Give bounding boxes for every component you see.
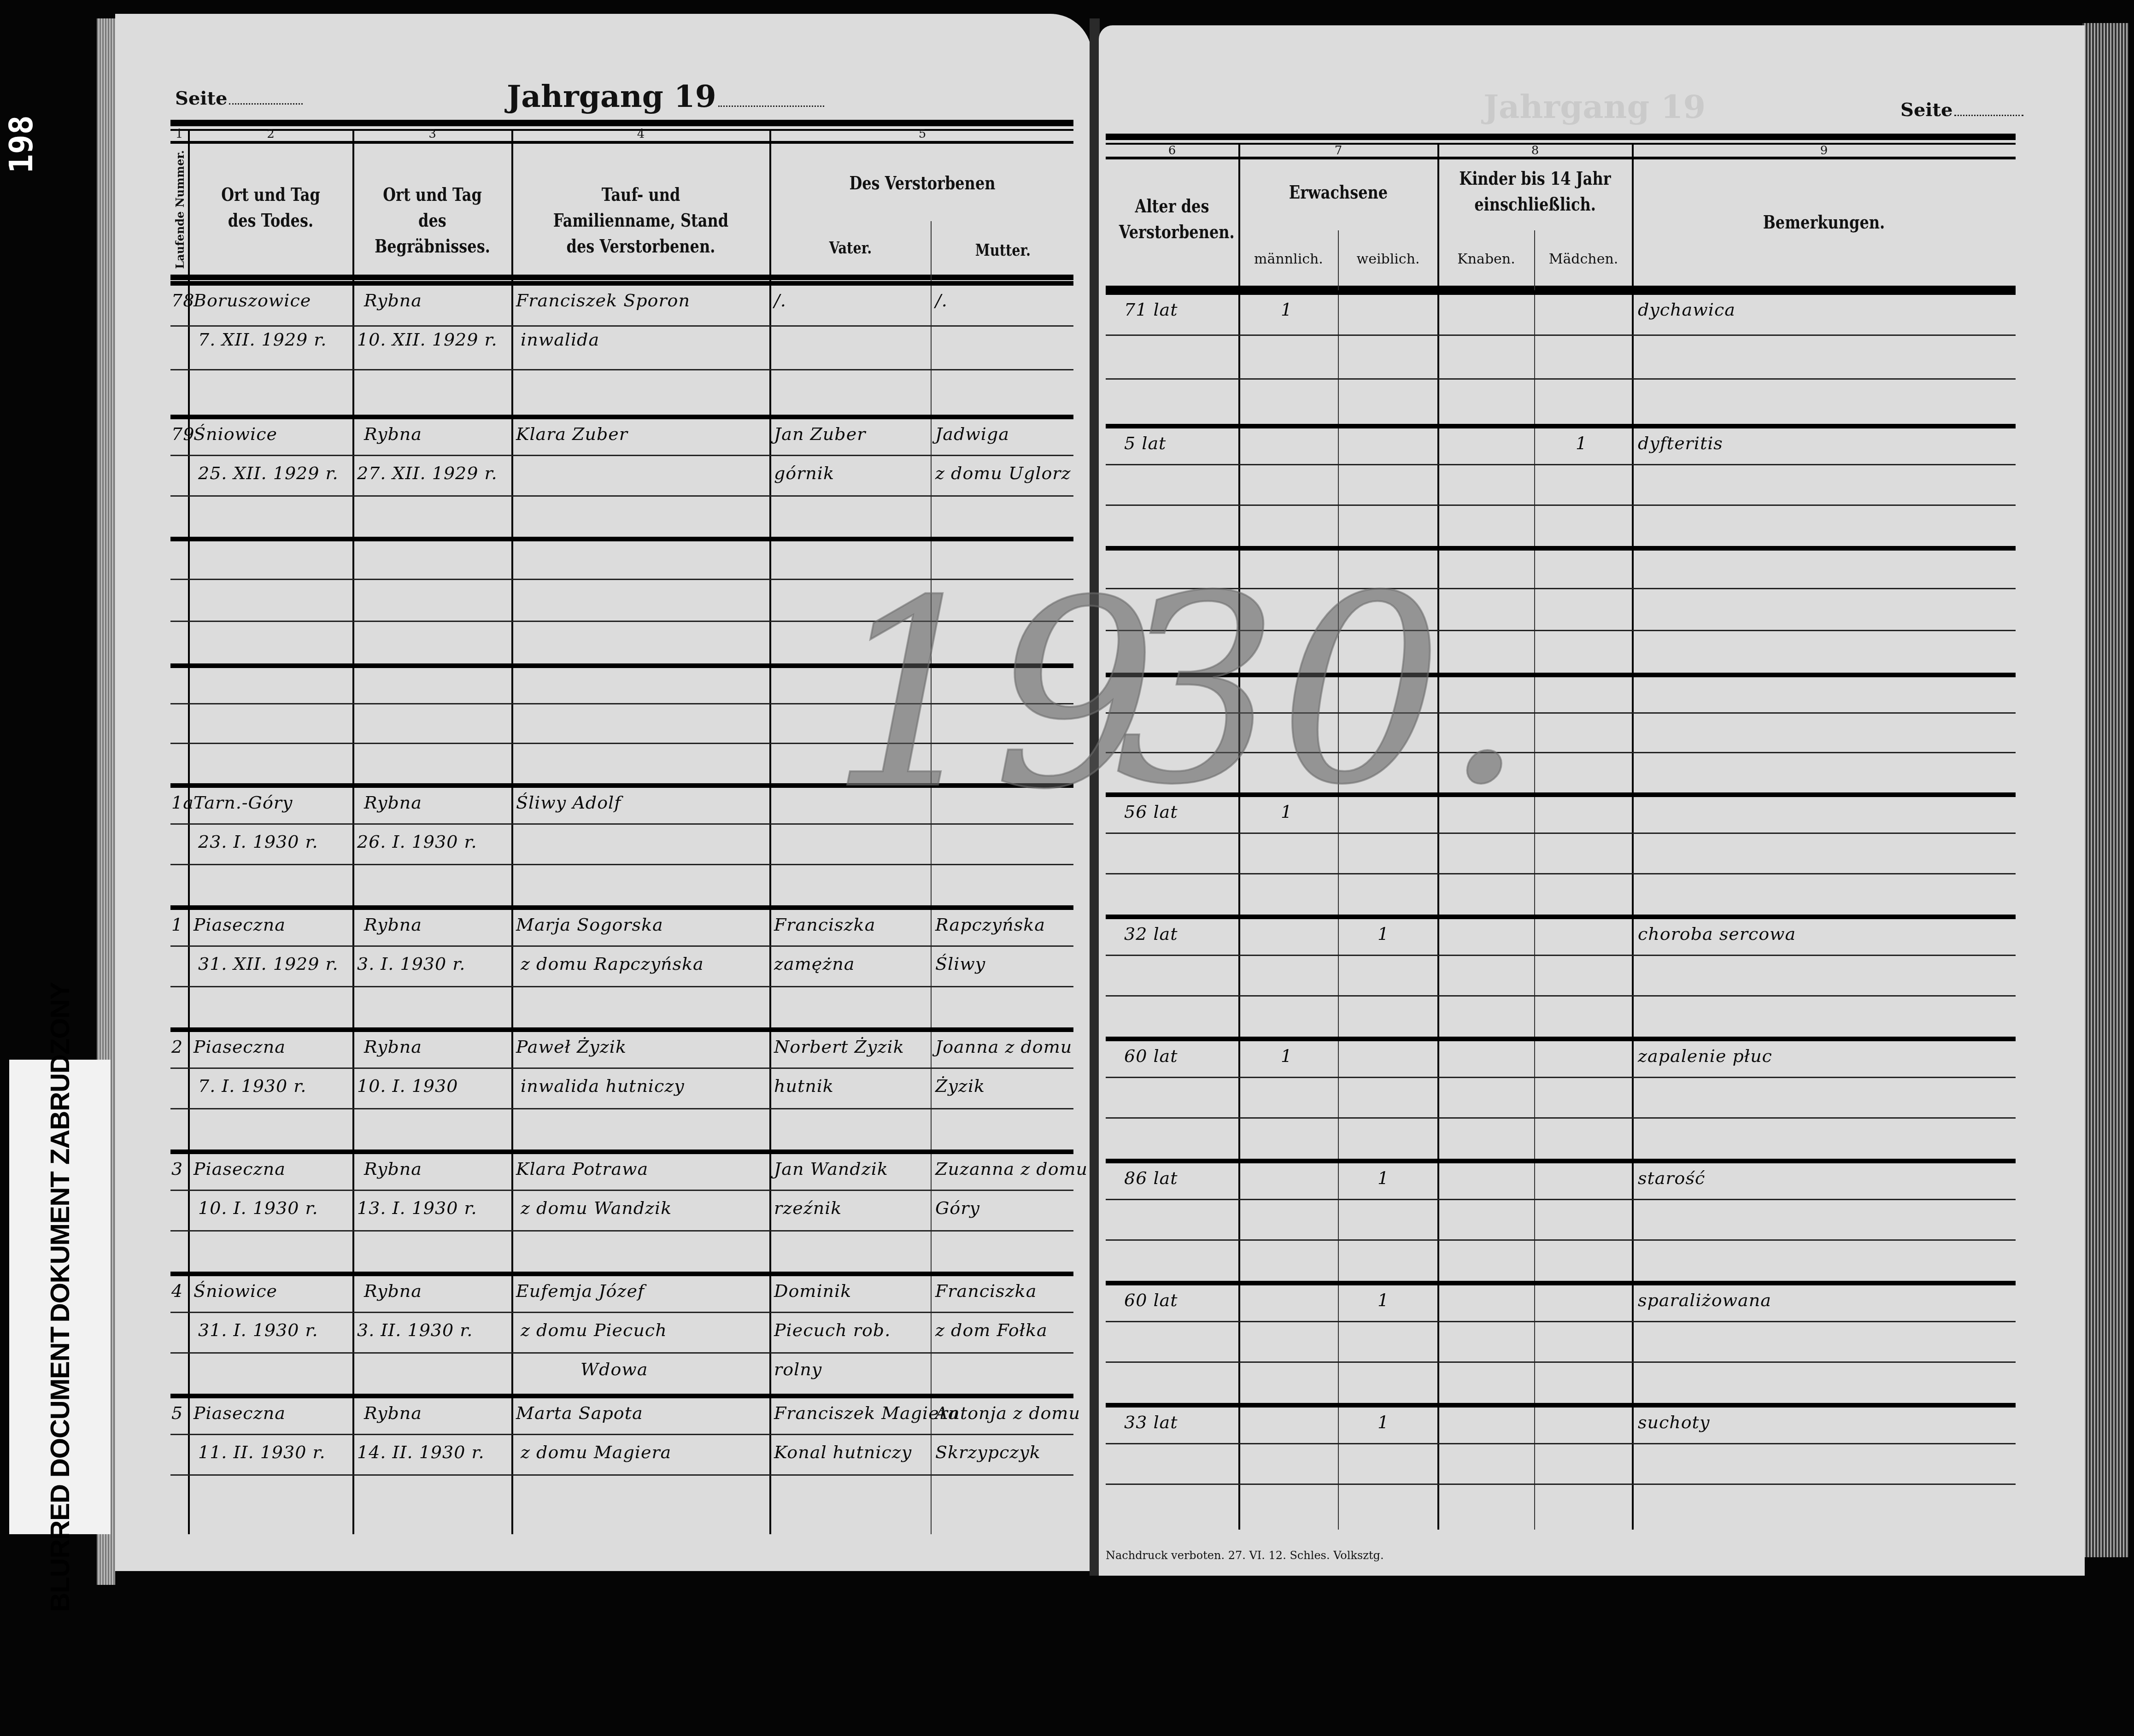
mother-line: Żyzik — [935, 1076, 985, 1096]
colnum-8: 8 — [1438, 144, 1632, 158]
header-ort-tag-begraebnisses: Ort und Tag des Begräbnisses. — [369, 182, 495, 259]
girls-count: 1 — [1576, 433, 1587, 453]
burial-date: 27. XII. 1929 r. — [357, 463, 498, 483]
pencil-year-30: 30. — [1115, 562, 1525, 820]
row-guideline — [1106, 378, 2016, 380]
adult-female-count: 1 — [1378, 924, 1389, 944]
page-title: Jahrgang 19 — [507, 78, 824, 114]
row-guideline — [170, 1108, 1073, 1109]
row-separator — [170, 1027, 1073, 1032]
row-guideline — [1106, 1199, 2016, 1200]
mother-line: z dom Fołka — [935, 1320, 1048, 1340]
row-guideline — [1106, 1484, 2016, 1485]
row-guideline — [1106, 1361, 2016, 1363]
adult-female-count: 1 — [1378, 1168, 1389, 1188]
header-des-verstorbenen: Des Verstorbenen — [801, 170, 1044, 196]
mother-line: z domu Uglorz — [935, 463, 1071, 483]
entry-number: 5 — [171, 1403, 183, 1423]
mother-line: Śliwy — [935, 954, 985, 974]
mother-line: Rapczyńska — [935, 915, 1045, 935]
mother-line: Jadwiga — [935, 424, 1009, 444]
row-guideline — [1106, 1239, 2016, 1241]
cause-of-death: dyfteritis — [1638, 433, 1723, 453]
row-guideline — [170, 1230, 1073, 1232]
death-date: 23. I. 1930 r. — [198, 832, 318, 852]
cause-of-death: starość — [1638, 1168, 1705, 1188]
father-line: hutnik — [774, 1076, 834, 1096]
col-divider-1 — [188, 129, 190, 1534]
row-separator — [170, 537, 1073, 541]
deceased-name: Klara Zuber — [516, 424, 628, 444]
header-ort-tag-todes: Ort und Tag des Todes. — [205, 182, 336, 234]
row-separator — [1106, 290, 2016, 295]
row-guideline — [1106, 873, 2016, 874]
father-line: Jan Zuber — [774, 424, 866, 444]
frame-number: 198 — [2, 115, 39, 173]
entry-number: 1a — [171, 792, 194, 813]
age: 5 lat — [1124, 433, 1166, 453]
row-separator — [170, 905, 1073, 910]
burial-date: 14. II. 1930 r. — [357, 1442, 485, 1462]
header-tauf-familienname: Tauf- und Familienname, Stand des Versto… — [538, 182, 744, 259]
header-knaben: Knaben. — [1438, 251, 1534, 267]
father-line: /. — [774, 290, 786, 311]
row-separator — [170, 281, 1073, 286]
colnum-4: 4 — [512, 127, 769, 141]
burial-date: 10. I. 1930 — [357, 1076, 458, 1096]
header-alter: Alter des Verstorbenen. — [1119, 194, 1225, 245]
col-divider-3 — [511, 129, 513, 1534]
right-header-rule-top — [1106, 134, 2016, 140]
mother-line: Zuzanna z domu — [935, 1159, 1088, 1179]
burial-date: 3. II. 1930 r. — [357, 1320, 473, 1340]
colnum-1: 1 — [170, 127, 188, 141]
row-separator — [170, 415, 1073, 419]
colnum-3: 3 — [353, 127, 511, 141]
laufende-nummer-text: Laufende Nummer. — [173, 150, 187, 269]
right-page-edges — [2082, 23, 2128, 1557]
death-date: 7. I. 1930 r. — [198, 1076, 306, 1096]
burial-date: 10. XII. 1929 r. — [357, 329, 498, 350]
death-date: 7. XII. 1929 r. — [198, 329, 327, 350]
colnum-9: 9 — [1633, 144, 2015, 158]
father-line: górnik — [774, 463, 834, 483]
colnum-6: 6 — [1106, 144, 1238, 158]
row-guideline — [170, 1434, 1073, 1435]
entry-number: 1 — [171, 915, 183, 935]
death-date: 31. XII. 1929 r. — [198, 954, 339, 974]
cause-of-death: dychawica — [1638, 299, 1735, 320]
mother-line: Franciszka — [935, 1281, 1037, 1301]
father-line: zamężna — [774, 954, 855, 974]
header-vater: Vater. — [786, 235, 915, 261]
age: 71 lat — [1124, 299, 1178, 320]
row-guideline — [170, 1190, 1073, 1191]
row-separator — [1106, 1281, 2016, 1285]
adult-male-count: 1 — [1281, 299, 1292, 320]
seite-blank — [229, 103, 303, 105]
adult-female-count: 1 — [1378, 1290, 1389, 1310]
mother-line: Joanna z domu — [935, 1037, 1072, 1057]
stamp-line-2: BLURRED DOCUMENT — [45, 1327, 76, 1612]
age: 60 lat — [1124, 1046, 1178, 1066]
father-line: rolny — [774, 1359, 822, 1379]
row-guideline — [1106, 1321, 2016, 1322]
father-line: Franciszka — [774, 915, 875, 935]
row-separator — [170, 1272, 1073, 1276]
colnum-2: 2 — [189, 127, 352, 141]
row-separator — [1106, 1037, 2016, 1041]
burial-place: Rybna — [364, 792, 422, 813]
deceased-name: Franciszek Sporon — [516, 290, 690, 311]
bleed-through-title: Jahrgang 19 — [1483, 88, 1706, 126]
deceased-status-2: Wdowa — [580, 1359, 648, 1379]
row-guideline — [1106, 1117, 2016, 1119]
burial-date: 3. I. 1930 r. — [357, 954, 465, 974]
col-divider-2 — [352, 129, 354, 1534]
row-separator — [1106, 424, 2016, 428]
year-blank — [718, 106, 824, 107]
deceased-name: Marja Sogorska — [516, 915, 663, 935]
colnum-5: 5 — [770, 127, 1074, 141]
mother-line: /. — [935, 290, 948, 311]
entry-number: 79 — [171, 424, 194, 444]
header-kinder: Kinder bis 14 Jahr einschließlich. — [1458, 166, 1612, 217]
father-line: Franciszek Magiera — [774, 1403, 959, 1423]
burial-place: Rybna — [364, 424, 422, 444]
death-date: 10. I. 1930 r. — [198, 1198, 318, 1218]
stamp-line-1: DOKUMENT ZABRUDZONY — [45, 982, 76, 1322]
death-date: 25. XII. 1929 r. — [198, 463, 339, 483]
burial-date: 26. I. 1930 r. — [357, 832, 477, 852]
mother-line: Góry — [935, 1198, 980, 1218]
row-guideline — [170, 1474, 1073, 1476]
row-guideline — [170, 1067, 1073, 1069]
row-guideline — [1106, 464, 2016, 465]
father-line: Konal hutniczy — [774, 1442, 912, 1462]
right-seite-label: Seite — [1900, 99, 2023, 121]
entry-number: 2 — [171, 1037, 183, 1057]
row-guideline — [170, 1352, 1073, 1354]
age: 86 lat — [1124, 1168, 1178, 1188]
death-date: 31. I. 1930 r. — [198, 1320, 318, 1340]
row-guideline — [170, 369, 1073, 370]
cause-of-death: choroba sercowa — [1638, 924, 1796, 944]
deceased-status: z domu Wandzik — [521, 1198, 672, 1218]
father-line: Norbert Żyzik — [774, 1037, 904, 1057]
deceased-status: z domu Rapczyńska — [521, 954, 704, 974]
header-rule-top — [170, 120, 1073, 126]
header-maennlich: männlich. — [1239, 251, 1338, 267]
death-place: Boruszowice — [193, 290, 311, 311]
death-date: 11. II. 1930 r. — [198, 1442, 326, 1462]
cause-of-death: sparaliżowana — [1638, 1290, 1771, 1310]
mother-line: Antonja z domu — [935, 1403, 1080, 1423]
age: 60 lat — [1124, 1290, 1178, 1310]
entry-number: 4 — [171, 1281, 183, 1301]
entry-number: 78 — [171, 290, 194, 311]
row-separator — [1106, 915, 2016, 919]
deceased-status: z domu Magiera — [521, 1442, 671, 1462]
row-guideline — [1106, 1443, 2016, 1444]
burial-place: Rybna — [364, 915, 422, 935]
row-guideline — [1106, 995, 2016, 997]
father-line: rzeźnik — [774, 1198, 842, 1218]
burial-place: Rybna — [364, 1281, 422, 1301]
row-guideline — [1106, 334, 2016, 336]
death-place: Piaseczna — [193, 1159, 286, 1179]
row-separator — [170, 1394, 1073, 1398]
row-separator — [1106, 1403, 2016, 1408]
entry-number: 3 — [171, 1159, 183, 1179]
row-guideline — [170, 325, 1073, 327]
father-line: Piecuch rob. — [774, 1320, 891, 1340]
burial-date: 13. I. 1930 r. — [357, 1198, 477, 1218]
adult-male-count: 1 — [1281, 1046, 1292, 1066]
age: 33 lat — [1124, 1412, 1178, 1432]
burial-place: Rybna — [364, 1403, 422, 1423]
father-line: Jan Wandzik — [774, 1159, 888, 1179]
row-guideline — [1106, 504, 2016, 506]
stamp-text: DOKUMENT ZABRUDZONY BLURRED DOCUMENT — [9, 1060, 111, 1534]
adult-male-count: 1 — [1281, 802, 1292, 822]
burial-place: Rybna — [364, 1037, 422, 1057]
row-guideline — [1106, 1077, 2016, 1078]
deceased-status: inwalida hutniczy — [521, 1076, 685, 1096]
pencil-year-19: 19 — [829, 567, 1158, 825]
burial-place: Rybna — [364, 290, 422, 311]
row-guideline — [170, 864, 1073, 865]
left-seite-label: Seite — [175, 88, 303, 109]
deceased-name: Marta Sapota — [516, 1403, 643, 1423]
mother-line: Skrzypczyk — [935, 1442, 1041, 1462]
seite-blank — [1954, 115, 2023, 116]
death-place: Śniowice — [193, 1281, 277, 1301]
age: 32 lat — [1124, 924, 1178, 944]
burial-place: Rybna — [364, 1159, 422, 1179]
death-place: Tarn.-Góry — [193, 792, 293, 813]
header-erwachsene: Erwachsene — [1259, 180, 1418, 205]
seite-text: Seite — [1900, 99, 1952, 121]
deceased-name: Paweł Żyzik — [516, 1037, 627, 1057]
row-separator — [170, 1150, 1073, 1154]
age: 56 lat — [1124, 802, 1178, 822]
colnum-7: 7 — [1239, 144, 1437, 158]
row-guideline — [170, 1312, 1073, 1313]
header-laufende-nummer: Laufende Nummer. — [171, 147, 188, 272]
header-mutter: Mutter. — [946, 237, 1060, 263]
row-separator — [1106, 1159, 2016, 1163]
row-guideline — [170, 986, 1073, 987]
row-guideline — [170, 495, 1073, 497]
deceased-name: Śliwy Adolf — [516, 792, 621, 813]
deceased-name: Klara Potrawa — [516, 1159, 648, 1179]
seite-text: Seite — [175, 88, 227, 109]
death-place: Piaseczna — [193, 1403, 286, 1423]
deceased-status: inwalida — [521, 329, 599, 350]
death-place: Piaseczna — [193, 915, 286, 935]
title-text: Jahrgang 19 — [507, 78, 716, 114]
row-guideline — [170, 945, 1073, 947]
colnum-rule — [170, 141, 1073, 144]
cause-of-death: suchoty — [1638, 1412, 1710, 1432]
father-line: Dominik — [774, 1281, 851, 1301]
printer-footer: Nachdruck verboten. 27. VI. 12. Schles. … — [1106, 1549, 1384, 1562]
deceased-status: z domu Piecuch — [521, 1320, 667, 1340]
header-rule-bottom — [170, 275, 1073, 280]
row-guideline — [170, 455, 1073, 456]
col-divider-4 — [769, 129, 771, 1534]
cause-of-death: zapalenie płuc — [1638, 1046, 1772, 1066]
header-weiblich: weiblich. — [1339, 251, 1437, 267]
adult-female-count: 1 — [1378, 1412, 1389, 1432]
death-place: Piaseczna — [193, 1037, 286, 1057]
header-maedchen: Mädchen. — [1535, 251, 1632, 267]
deceased-name: Eufemja Józef — [516, 1281, 645, 1301]
death-place: Śniowice — [193, 424, 277, 444]
row-guideline — [1106, 955, 2016, 956]
header-bemerkungen: Bemerkungen. — [1671, 210, 1977, 235]
